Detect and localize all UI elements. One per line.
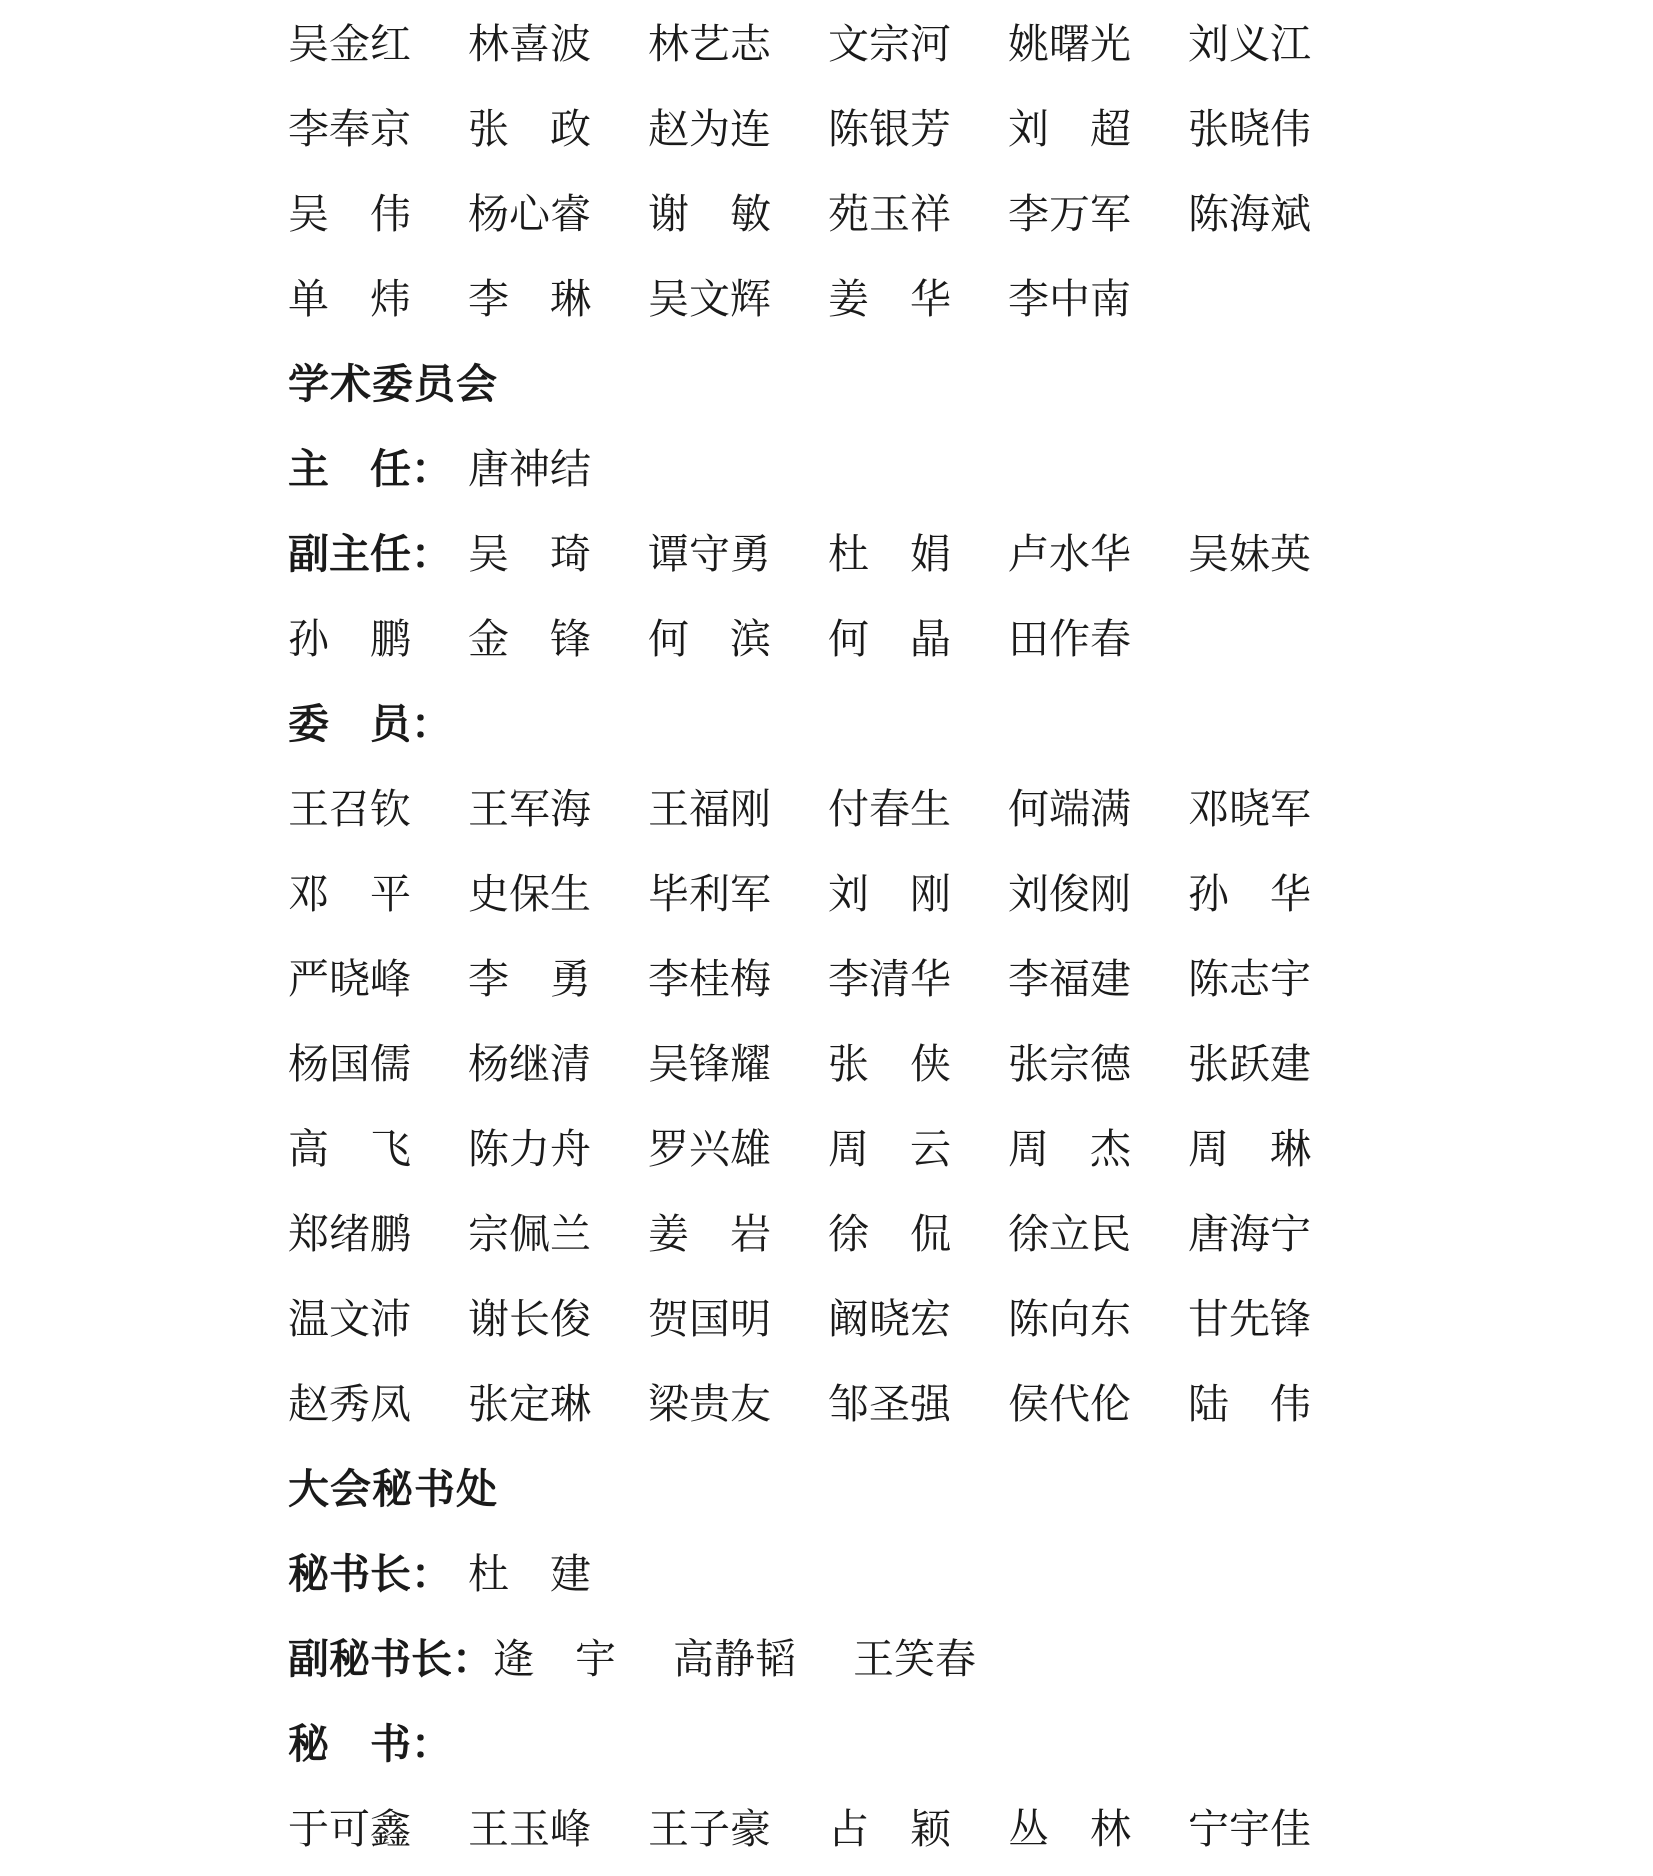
person-name: 梁贵友 bbox=[648, 1384, 771, 1425]
person-name: 阚晓宏 bbox=[828, 1299, 951, 1340]
person-name: 李万军 bbox=[1008, 194, 1131, 235]
person-name: 李 琳 bbox=[468, 279, 591, 320]
person-name: 邓 平 bbox=[288, 874, 411, 915]
person-name: 李中南 bbox=[1008, 279, 1131, 320]
person-name: 邓晓军 bbox=[1188, 789, 1311, 830]
person-name: 高 飞 bbox=[288, 1129, 411, 1170]
name-row: 严晓峰李 勇李桂梅李清华李福建陈志宇 bbox=[288, 937, 1653, 1022]
person-name: 王玉峰 bbox=[468, 1809, 591, 1850]
person-name: 赵为连 bbox=[648, 109, 771, 150]
name-row: 高 飞陈力舟罗兴雄周 云周 杰周 琳 bbox=[288, 1107, 1653, 1192]
person-name: 陈力舟 bbox=[468, 1129, 591, 1170]
person-name: 李奉京 bbox=[288, 109, 411, 150]
person-name: 吴 琦 bbox=[468, 534, 591, 575]
person-name: 孙 鹏 bbox=[288, 619, 411, 660]
person-name: 单 炜 bbox=[288, 279, 411, 320]
person-name: 孙 华 bbox=[1188, 874, 1311, 915]
name-row: 邓 平史保生毕利军刘 刚刘俊刚孙 华 bbox=[288, 852, 1653, 937]
name-row: 单 炜李 琳吴文辉姜 华李中南 bbox=[288, 257, 1653, 342]
person-name: 陆 伟 bbox=[1188, 1384, 1311, 1425]
person-name: 吴妹英 bbox=[1188, 534, 1311, 575]
person-name: 郑绪鹏 bbox=[288, 1214, 411, 1255]
person-name: 金 锋 bbox=[468, 619, 591, 660]
person-name: 徐立民 bbox=[1008, 1214, 1131, 1255]
person-name: 王笑春 bbox=[853, 1639, 976, 1680]
person-name: 李福建 bbox=[1008, 959, 1131, 1000]
person-name: 唐海宁 bbox=[1188, 1214, 1311, 1255]
person-name: 谢 敏 bbox=[648, 194, 771, 235]
person-name: 李 勇 bbox=[468, 959, 591, 1000]
person-name: 刘俊刚 bbox=[1008, 874, 1131, 915]
person-name: 林艺志 bbox=[648, 24, 771, 65]
row-label: 委 员： bbox=[288, 704, 468, 745]
person-name: 王军海 bbox=[468, 789, 591, 830]
section-heading: 大会秘书处 bbox=[288, 1447, 1653, 1532]
person-name: 姚曙光 bbox=[1008, 24, 1131, 65]
row-label: 秘书长： bbox=[288, 1554, 468, 1595]
labeled-row: 副主任：吴 琦谭守勇杜 娟卢水华吴妹英 bbox=[288, 512, 1653, 597]
labeled-row: 秘书长：杜 建 bbox=[288, 1532, 1653, 1617]
labeled-row: 副秘书长：逄 宇高静韬王笑春 bbox=[288, 1617, 1653, 1702]
person-name: 周 杰 bbox=[1008, 1129, 1131, 1170]
document-page: 吴金红林喜波林艺志文宗河姚曙光刘义江李奉京张 政赵为连陈银芳刘 超张晓伟吴 伟杨… bbox=[0, 0, 1653, 1876]
labeled-row: 秘 书： bbox=[288, 1702, 1653, 1787]
name-row: 孙 鹏金 锋何 滨何 晶田作春 bbox=[288, 597, 1653, 682]
person-name: 王子豪 bbox=[648, 1809, 771, 1850]
person-name: 周 琳 bbox=[1188, 1129, 1311, 1170]
row-label: 主 任： bbox=[288, 449, 468, 490]
person-name: 陈海斌 bbox=[1188, 194, 1311, 235]
person-name: 刘 超 bbox=[1008, 109, 1131, 150]
person-name: 刘义江 bbox=[1188, 24, 1311, 65]
person-name: 吴金红 bbox=[288, 24, 411, 65]
person-name: 张晓伟 bbox=[1188, 109, 1311, 150]
name-row: 赵秀凤张定琳梁贵友邹圣强侯代伦陆 伟 bbox=[288, 1362, 1653, 1447]
person-name: 谭守勇 bbox=[648, 534, 771, 575]
person-name: 史保生 bbox=[468, 874, 591, 915]
person-name: 刘 刚 bbox=[828, 874, 951, 915]
person-name: 唐神结 bbox=[468, 449, 591, 490]
person-name: 张宗德 bbox=[1008, 1044, 1131, 1085]
name-row: 于可鑫王玉峰王子豪占 颖丛 林宁宇佳 bbox=[288, 1787, 1653, 1872]
person-name: 毕利军 bbox=[648, 874, 771, 915]
person-name: 宗佩兰 bbox=[468, 1214, 591, 1255]
person-name: 张定琳 bbox=[468, 1384, 591, 1425]
person-name: 贺国明 bbox=[648, 1299, 771, 1340]
person-name: 姜 华 bbox=[828, 279, 951, 320]
person-name: 温文沛 bbox=[288, 1299, 411, 1340]
person-name: 苑玉祥 bbox=[828, 194, 951, 235]
person-name: 于可鑫 bbox=[288, 1809, 411, 1850]
person-name: 陈银芳 bbox=[828, 109, 951, 150]
person-name: 姜 岩 bbox=[648, 1214, 771, 1255]
person-name: 陈志宇 bbox=[1188, 959, 1311, 1000]
person-name: 赵秀凤 bbox=[288, 1384, 411, 1425]
person-name: 杜 建 bbox=[468, 1554, 591, 1595]
person-name: 甘先锋 bbox=[1188, 1299, 1311, 1340]
person-name: 占 颖 bbox=[828, 1809, 951, 1850]
person-name: 张 政 bbox=[468, 109, 591, 150]
labeled-row: 委 员： bbox=[288, 682, 1653, 767]
person-name: 宁宇佳 bbox=[1188, 1809, 1311, 1850]
section-heading: 学术委员会 bbox=[288, 342, 1653, 427]
person-name: 杜 娟 bbox=[828, 534, 951, 575]
person-name: 张跃建 bbox=[1188, 1044, 1311, 1085]
person-name: 王召钦 bbox=[288, 789, 411, 830]
person-name: 李清华 bbox=[828, 959, 951, 1000]
person-name: 高静韬 bbox=[673, 1639, 796, 1680]
person-name: 杨国儒 bbox=[288, 1044, 411, 1085]
name-row: 杨国儒杨继清吴锋耀张 侠张宗德张跃建 bbox=[288, 1022, 1653, 1107]
person-name: 何 滨 bbox=[648, 619, 771, 660]
person-name: 何端满 bbox=[1008, 789, 1131, 830]
person-name: 李桂梅 bbox=[648, 959, 771, 1000]
person-name: 卢水华 bbox=[1008, 534, 1131, 575]
name-row: 李奉京张 政赵为连陈银芳刘 超张晓伟 bbox=[288, 87, 1653, 172]
person-name: 文宗河 bbox=[828, 24, 951, 65]
person-name: 吴文辉 bbox=[648, 279, 771, 320]
person-name: 杨继清 bbox=[468, 1044, 591, 1085]
person-name: 邹圣强 bbox=[828, 1384, 951, 1425]
person-name: 田作春 bbox=[1008, 619, 1131, 660]
name-row: 温文沛谢长俊贺国明阚晓宏陈向东甘先锋 bbox=[288, 1277, 1653, 1362]
labeled-row: 主 任：唐神结 bbox=[288, 427, 1653, 512]
name-row: 王召钦王军海王福刚付春生何端满邓晓军 bbox=[288, 767, 1653, 852]
person-name: 林喜波 bbox=[468, 24, 591, 65]
person-name: 杨心睿 bbox=[468, 194, 591, 235]
person-name: 谢长俊 bbox=[468, 1299, 591, 1340]
name-row: 吴 伟杨心睿谢 敏苑玉祥李万军陈海斌 bbox=[288, 172, 1653, 257]
person-name: 徐 侃 bbox=[828, 1214, 951, 1255]
person-name: 张 侠 bbox=[828, 1044, 951, 1085]
person-name: 侯代伦 bbox=[1008, 1384, 1131, 1425]
row-label: 副主任： bbox=[288, 534, 468, 575]
person-name: 逄 宇 bbox=[493, 1639, 616, 1680]
person-name: 严晓峰 bbox=[288, 959, 411, 1000]
person-name: 何 晶 bbox=[828, 619, 951, 660]
person-name: 付春生 bbox=[828, 789, 951, 830]
person-name: 陈向东 bbox=[1008, 1299, 1131, 1340]
row-label: 副秘书长： bbox=[288, 1639, 493, 1680]
person-name: 周 云 bbox=[828, 1129, 951, 1170]
person-name: 丛 林 bbox=[1008, 1809, 1131, 1850]
name-row: 吴金红林喜波林艺志文宗河姚曙光刘义江 bbox=[288, 2, 1653, 87]
person-name: 吴锋耀 bbox=[648, 1044, 771, 1085]
person-name: 王福刚 bbox=[648, 789, 771, 830]
person-name: 吴 伟 bbox=[288, 194, 411, 235]
row-label: 秘 书： bbox=[288, 1724, 468, 1765]
person-name: 罗兴雄 bbox=[648, 1129, 771, 1170]
name-row: 郑绪鹏宗佩兰姜 岩徐 侃徐立民唐海宁 bbox=[288, 1192, 1653, 1277]
